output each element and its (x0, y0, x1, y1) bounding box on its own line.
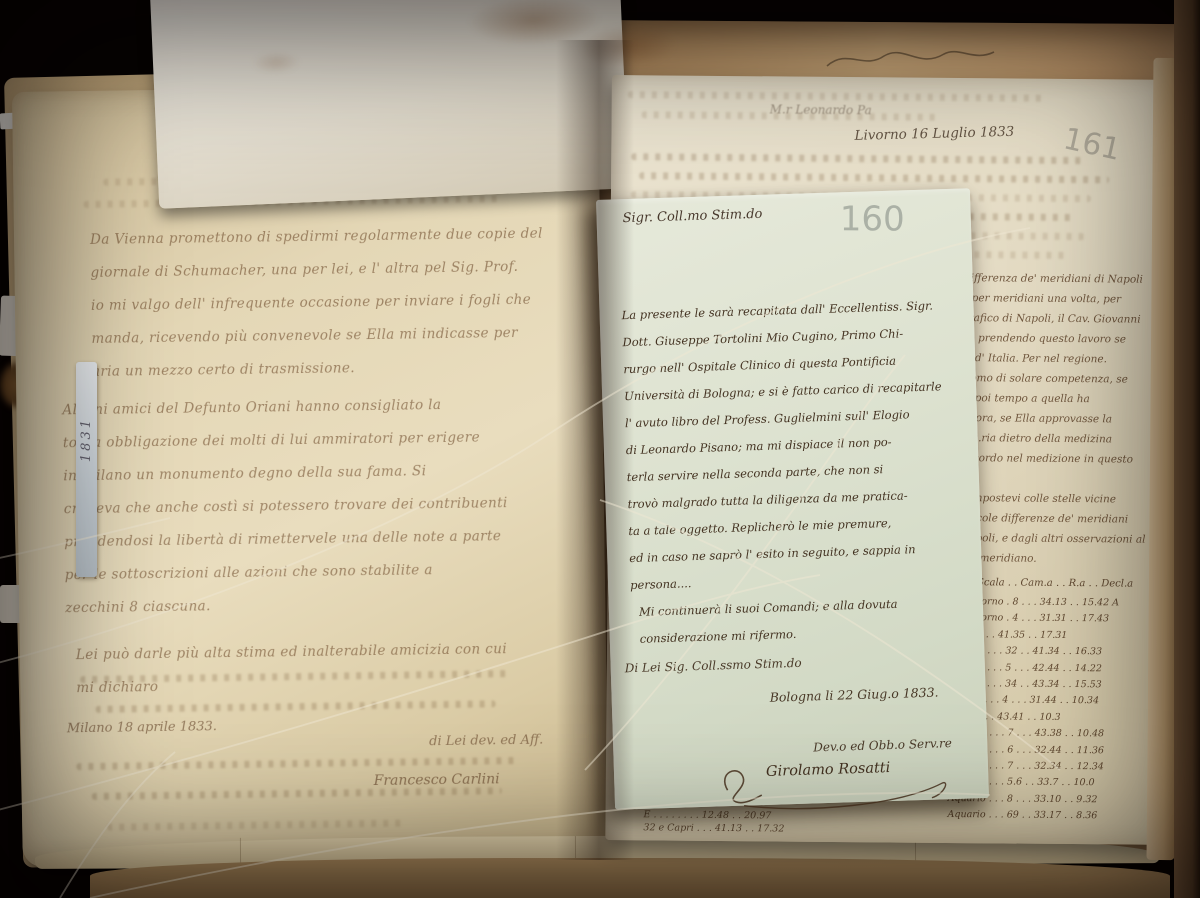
green-letter-dateline: Bologna li 22 Giug.o 1833. (769, 684, 938, 704)
bottom-partial-rows: E . . . . . . . . 12.48 . . 20.9732 e Ca… (643, 808, 973, 837)
handwriting-line: dì d' Italia. Per nel regione. (961, 348, 1166, 370)
handwriting-line: e per meridiani una volta, per (962, 288, 1167, 310)
left-letter-dateline: Milano 18 aprile 1833. (67, 719, 217, 736)
under-letter-dateline: Livorno 16 Luglio 1833 (854, 124, 1014, 144)
handwriting-line (960, 468, 1165, 490)
handwriting-line: Sig.ria dietro della medizina (961, 428, 1166, 450)
table-row: Aquario . . . 69 . . 33.17 . . 8.36 (947, 807, 1157, 825)
handwriting-line: da prendendo questo lavoro se (962, 328, 1167, 350)
faded-text-row (631, 153, 1086, 164)
right-column-paragraph: Differenza de' meridiani di Napolie per … (960, 268, 1168, 570)
handwriting-line: piccole differenze de' meridiani (960, 508, 1165, 530)
left-top-sheet (150, 0, 629, 209)
green-letter-signoff: Dev.o ed Obb.o Serv.re (813, 736, 952, 754)
left-letter-paragraph-2: Alcuni amici del Defunto Oriani hanno co… (62, 388, 509, 625)
spine-strip: 1831 (76, 362, 97, 577)
faded-text-row (639, 172, 1109, 183)
ink-stain (240, 45, 311, 80)
handwriting-line: in poi tempo a quella ha (961, 388, 1166, 410)
handwriting-line: nel meridiano. (960, 548, 1165, 570)
showthrough-row (107, 820, 407, 831)
under-letter-header-fragment: M.r Leonardo Pa (770, 102, 872, 117)
showthrough-row (92, 787, 502, 800)
handwriting-line: aria un mezzo certo di trasmissione. (92, 350, 545, 389)
handwriting-line: zecchini 8 ciascuna. (65, 586, 509, 625)
green-letter-page: Sigr. Coll.mo Stim.do 160 La presente le… (596, 188, 989, 809)
manuscript-photo: 1831 Da Vienna promettono di spedirmi re… (0, 0, 1200, 898)
bottom-page-edge-kraft (90, 858, 1170, 898)
ink-scribble (822, 42, 1002, 76)
archival-page-number-160: 160 (840, 199, 905, 239)
handwriting-line: accordo nel medizione in questo (961, 448, 1166, 470)
right-edge-dark-strip (1174, 0, 1200, 898)
handwriting-line: grafico di Napoli, il Cav. Giovanni (962, 308, 1167, 330)
handwriting-line: or ora, se Ella approvasse la (961, 408, 1166, 430)
left-letter-signature: Francesco Carlini (374, 771, 500, 789)
table-row: 32 e Capri . . . 41.13 . . 17.32 (643, 821, 973, 837)
handwriting-line: Uomo di solare competenza, se (961, 368, 1166, 390)
handwriting-line: compostevi colle stelle vicine (960, 488, 1165, 510)
green-letter-closing: Mi continuerà li suoi Comandi; e alla do… (639, 591, 899, 653)
green-letter-valediction: Di Lei Sig. Coll.ssmo Stim.do (625, 656, 802, 676)
handwriting-line: Napoli, e dagli altri osservazioni al (960, 528, 1165, 550)
spine-strip-label: 1831 (79, 417, 94, 462)
handwriting-line: mi dichiaro (76, 666, 508, 705)
left-letter-paragraph-1: Da Vienna promettono di spedirmi regolar… (90, 218, 545, 389)
handwriting-line: Differenza de' meridiani di Napoli (962, 268, 1167, 290)
green-letter-body: La presente le sarà recapitata dall' Ecc… (621, 292, 948, 599)
left-letter-paragraph-3: Lei può darle più alta stima ed inaltera… (76, 633, 508, 705)
showthrough-row (76, 757, 516, 770)
left-letter-closing: di Lei dev. ed Aff. (429, 733, 543, 750)
faded-text-row (628, 91, 1048, 102)
green-letter-salutation: Sigr. Coll.mo Stim.do (622, 207, 762, 226)
